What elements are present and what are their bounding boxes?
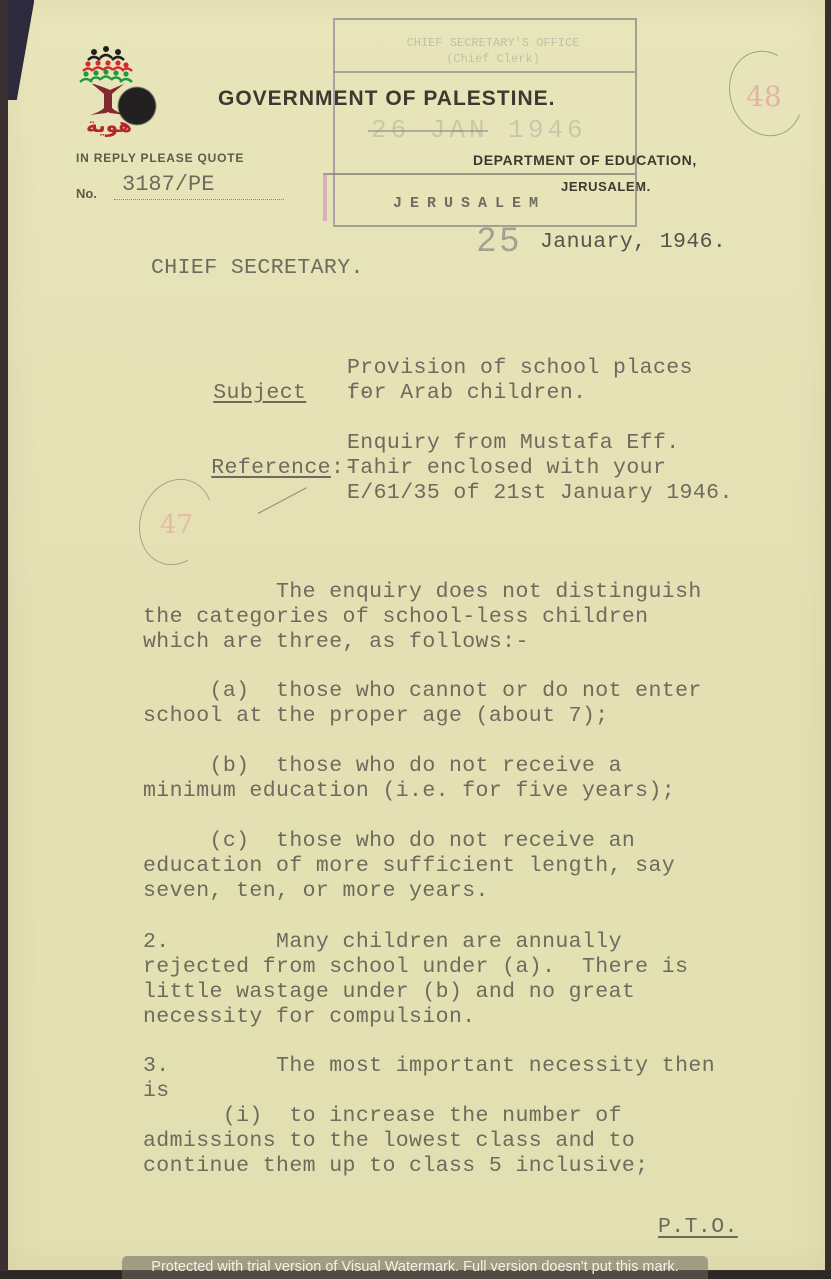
folio-number: 48 <box>746 80 782 113</box>
item-a: (a) those who cannot or do not enter sch… <box>143 679 702 729</box>
paragraph-3: 3. The most important necessity then is <box>143 1054 715 1104</box>
scan-edge <box>825 0 831 1279</box>
item-c: (c) those who do not receive an educatio… <box>143 829 675 904</box>
addressee: CHIEF SECRETARY. <box>151 256 364 281</box>
subject-text: Provision of school places for Arab chil… <box>347 356 693 406</box>
margin-folio-number: 47 <box>160 510 193 540</box>
stamp-city: JERUSALEM <box>393 195 546 212</box>
stamp-divider <box>323 173 635 175</box>
reply-label: IN REPLY PLEASE QUOTE <box>76 151 244 165</box>
paragraph-intro: The enquiry does not distinguish the cat… <box>143 580 702 655</box>
reference-number: 3187/PE <box>122 172 214 197</box>
item-i: (i) to increase the number of admissions… <box>143 1104 648 1179</box>
item-b: (b) those who do not receive a minimum e… <box>143 754 675 804</box>
reference-text: Enquiry from Mustafa Eff. Tahir enclosed… <box>347 431 733 506</box>
stamp-divider <box>333 71 635 73</box>
number-underline <box>114 199 284 200</box>
stamp-strike <box>368 130 488 132</box>
paragraph-2: 2. Many children are annually rejected f… <box>143 930 688 1030</box>
stamp-ink-mark <box>323 173 327 221</box>
number-label: No. <box>76 186 97 201</box>
reference-label: Reference <box>211 456 331 480</box>
watermark-banner: Protected with trial version of Visual W… <box>122 1256 708 1279</box>
scan-shadow <box>8 0 34 100</box>
letter-date: January, 1946. <box>540 230 726 255</box>
please-turn-over: P.T.O. <box>658 1215 738 1240</box>
punch-hole <box>118 87 156 125</box>
stamp-office: CHIEF SECRETARY'S OFFICE (Chief Clerk) <box>363 35 623 67</box>
subject-label: Subject <box>213 381 306 405</box>
date-day-stamp: 25 <box>477 221 523 260</box>
received-stamp: CHIEF SECRETARY'S OFFICE (Chief Clerk) 2… <box>323 15 643 227</box>
document-page: هوية GOVERNMENT OF PALESTINE. IN REPLY P… <box>8 0 825 1270</box>
